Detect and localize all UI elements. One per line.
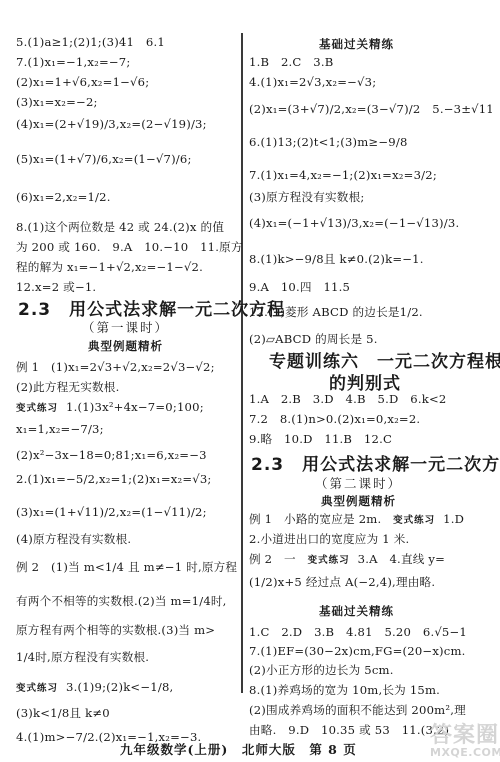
answer-line: (2)x₁=(3+√7)/2,x₂=(3−√7)/2 5.−3±√11 xyxy=(249,102,494,116)
special-title-2: 的判别式 xyxy=(329,369,401,394)
answer-line: (2)此方程无实数根. xyxy=(16,380,119,394)
answer-line: 6.(1)13;(2)t<1;(3)m≥−9/8 xyxy=(249,135,408,149)
answer-line: (3)x₁=(1+√11)/2,x₂=(1−√11)/2; xyxy=(16,505,207,519)
answer-line: (2)围成养鸡场的面积不能达到 200m²,理 xyxy=(249,703,466,717)
answer-line: 7.2 8.(1)n>0.(2)x₁=0,x₂=2. xyxy=(249,412,420,426)
column-divider xyxy=(241,33,243,693)
answer-line: 5.(1)a≥1;(2)1;(3)41 6.1 xyxy=(16,35,165,49)
answer-line: 变式练习1.(1)3x²+4x−7=0;100; xyxy=(16,400,204,416)
variant-tag: 变式练习 xyxy=(308,555,350,566)
category-heading: 基础过关精练 xyxy=(319,603,394,619)
answer-line: 12.x=2 或−1. xyxy=(16,280,96,294)
answer-line: 例 2 (1)当 m<1/4 且 m≠−1 时,原方程 xyxy=(16,560,237,574)
answer-line: 7.(1)x₁=4,x₂=−1;(2)x₁=x₂=3/2; xyxy=(249,168,437,182)
answer-line: 8.(1)养鸡场的宽为 10m,长为 15m. xyxy=(249,683,440,697)
variant-tag: 变式练习 xyxy=(16,683,58,694)
answer-line: 7.(1)EF=(30−2x)cm,FG=(20−x)cm. xyxy=(249,644,466,658)
answer-line: (2)小正方形的边长为 5cm. xyxy=(249,663,394,677)
answer-line: 2.小道进出口的宽度应为 1 米. xyxy=(249,532,409,546)
section-subtitle: （第二课时） xyxy=(315,474,402,492)
answer-line: 原方程有两个相等的实数根.(3)当 m> xyxy=(16,623,215,637)
answer-line: (4)原方程没有实数根. xyxy=(16,532,131,546)
variant-tag: 变式练习 xyxy=(16,403,58,414)
answer-line: 变式练习3.(1)9;(2)k<−1/8, xyxy=(16,680,173,696)
answer-line: 8.(1)这个两位数是 42 或 24.(2)x 的值 xyxy=(16,220,224,234)
answer-line: 1.C 2.D 3.B 4.81 5.20 6.√5−1 xyxy=(249,625,467,639)
answer-line: (6)x₁=2,x₂=1/2. xyxy=(16,190,111,204)
section-subtitle: （第一课时） xyxy=(82,318,169,336)
answer-line: (3)原方程没有实数根; xyxy=(249,190,364,204)
answer-line: x₁=1,x₂=−7/3; xyxy=(16,422,104,436)
answer-line: 由略. 9.D 10.35 或 53 11.(3,2) xyxy=(249,723,449,737)
answer-line: 1/4时,原方程没有实数根. xyxy=(16,650,149,664)
category-heading: 典型例题精析 xyxy=(321,493,396,509)
answer-line: (4)x₁=(−1+√13)/3,x₂=(−1−√13)/3. xyxy=(249,216,459,230)
answer-line: 例 1 (1)x₁=2√3+√2,x₂=2√3−√2; xyxy=(16,360,215,374)
answer-line: (4)x₁=(2+√19)/3,x₂=(2−√19)/3; xyxy=(16,117,207,131)
answer-line: 1.A 2.B 3.D 4.B 5.D 6.k<2 xyxy=(249,392,446,406)
answer-line: 4.(1)x₁=2√3,x₂=−√3; xyxy=(249,75,376,89)
answer-line: 9.A 10.四 11.5 xyxy=(249,280,350,294)
answer-line: 1.B 2.C 3.B xyxy=(249,55,333,69)
answer-line: 程的解为 x₁=−1+√2,x₂=−1−√2. xyxy=(16,260,203,274)
answer-line: (1/2)x+5 经过点 A(−2,4),理由略. xyxy=(249,575,435,589)
category-heading: 基础过关精练 xyxy=(319,36,394,52)
answer-line: (3)x₁=x₂=−2; xyxy=(16,95,98,109)
answer-line: 2.(1)x₁=−5/2,x₂=1;(2)x₁=x₂=√3; xyxy=(16,472,212,486)
answer-line: (3)k<1/8且 k≠0 xyxy=(16,706,110,720)
answer-line: 有两个不相等的实数根.(2)当 m=1/4时, xyxy=(16,594,227,608)
section-title: 2.3 用公式法求解一元二次方程 xyxy=(251,450,500,475)
answer-line: 例 2 一 变式练习3.A 4.直线 y= xyxy=(249,552,445,568)
answer-line: 7.(1)x₁=−1,x₂=−7; xyxy=(16,55,130,69)
answer-line: 9.略 10.D 11.B 12.C xyxy=(249,432,392,446)
answer-line: (2)x₁=1+√6,x₂=1−√6; xyxy=(16,75,149,89)
variant-tag: 变式练习 xyxy=(393,515,435,526)
section-title: 2.3 用公式法求解一元二次方程 xyxy=(18,295,285,320)
watermark: 答案圈 MXQE.COM xyxy=(430,718,500,759)
answer-line: (5)x₁=(1+√7)/6,x₂=(1−√7)/6; xyxy=(16,152,192,166)
answer-line: (2)x²−3x−18=0;81;x₁=6,x₂=−3 xyxy=(16,448,207,462)
page-footer: 九年级数学(上册) 北师大版 第 8 页 xyxy=(120,740,357,758)
answer-line: (2)▱ABCD 的周长是 5. xyxy=(249,332,378,346)
answer-page: 5.(1)a≥1;(2)1;(3)41 6.1 7.(1)x₁=−1,x₂=−7… xyxy=(0,0,500,762)
answer-line: 例 1 小路的宽应是 2m. 变式练习1.D xyxy=(249,512,464,528)
answer-line: 为 200 或 160. 9.A 10.−10 11.原方 xyxy=(16,240,243,254)
answer-line: 12.(1)菱形 ABCD 的边长是1/2. xyxy=(249,305,423,319)
category-heading: 典型例题精析 xyxy=(88,338,163,354)
answer-line: 8.(1)k>−9/8且 k≠0.(2)k=−1. xyxy=(249,252,424,266)
